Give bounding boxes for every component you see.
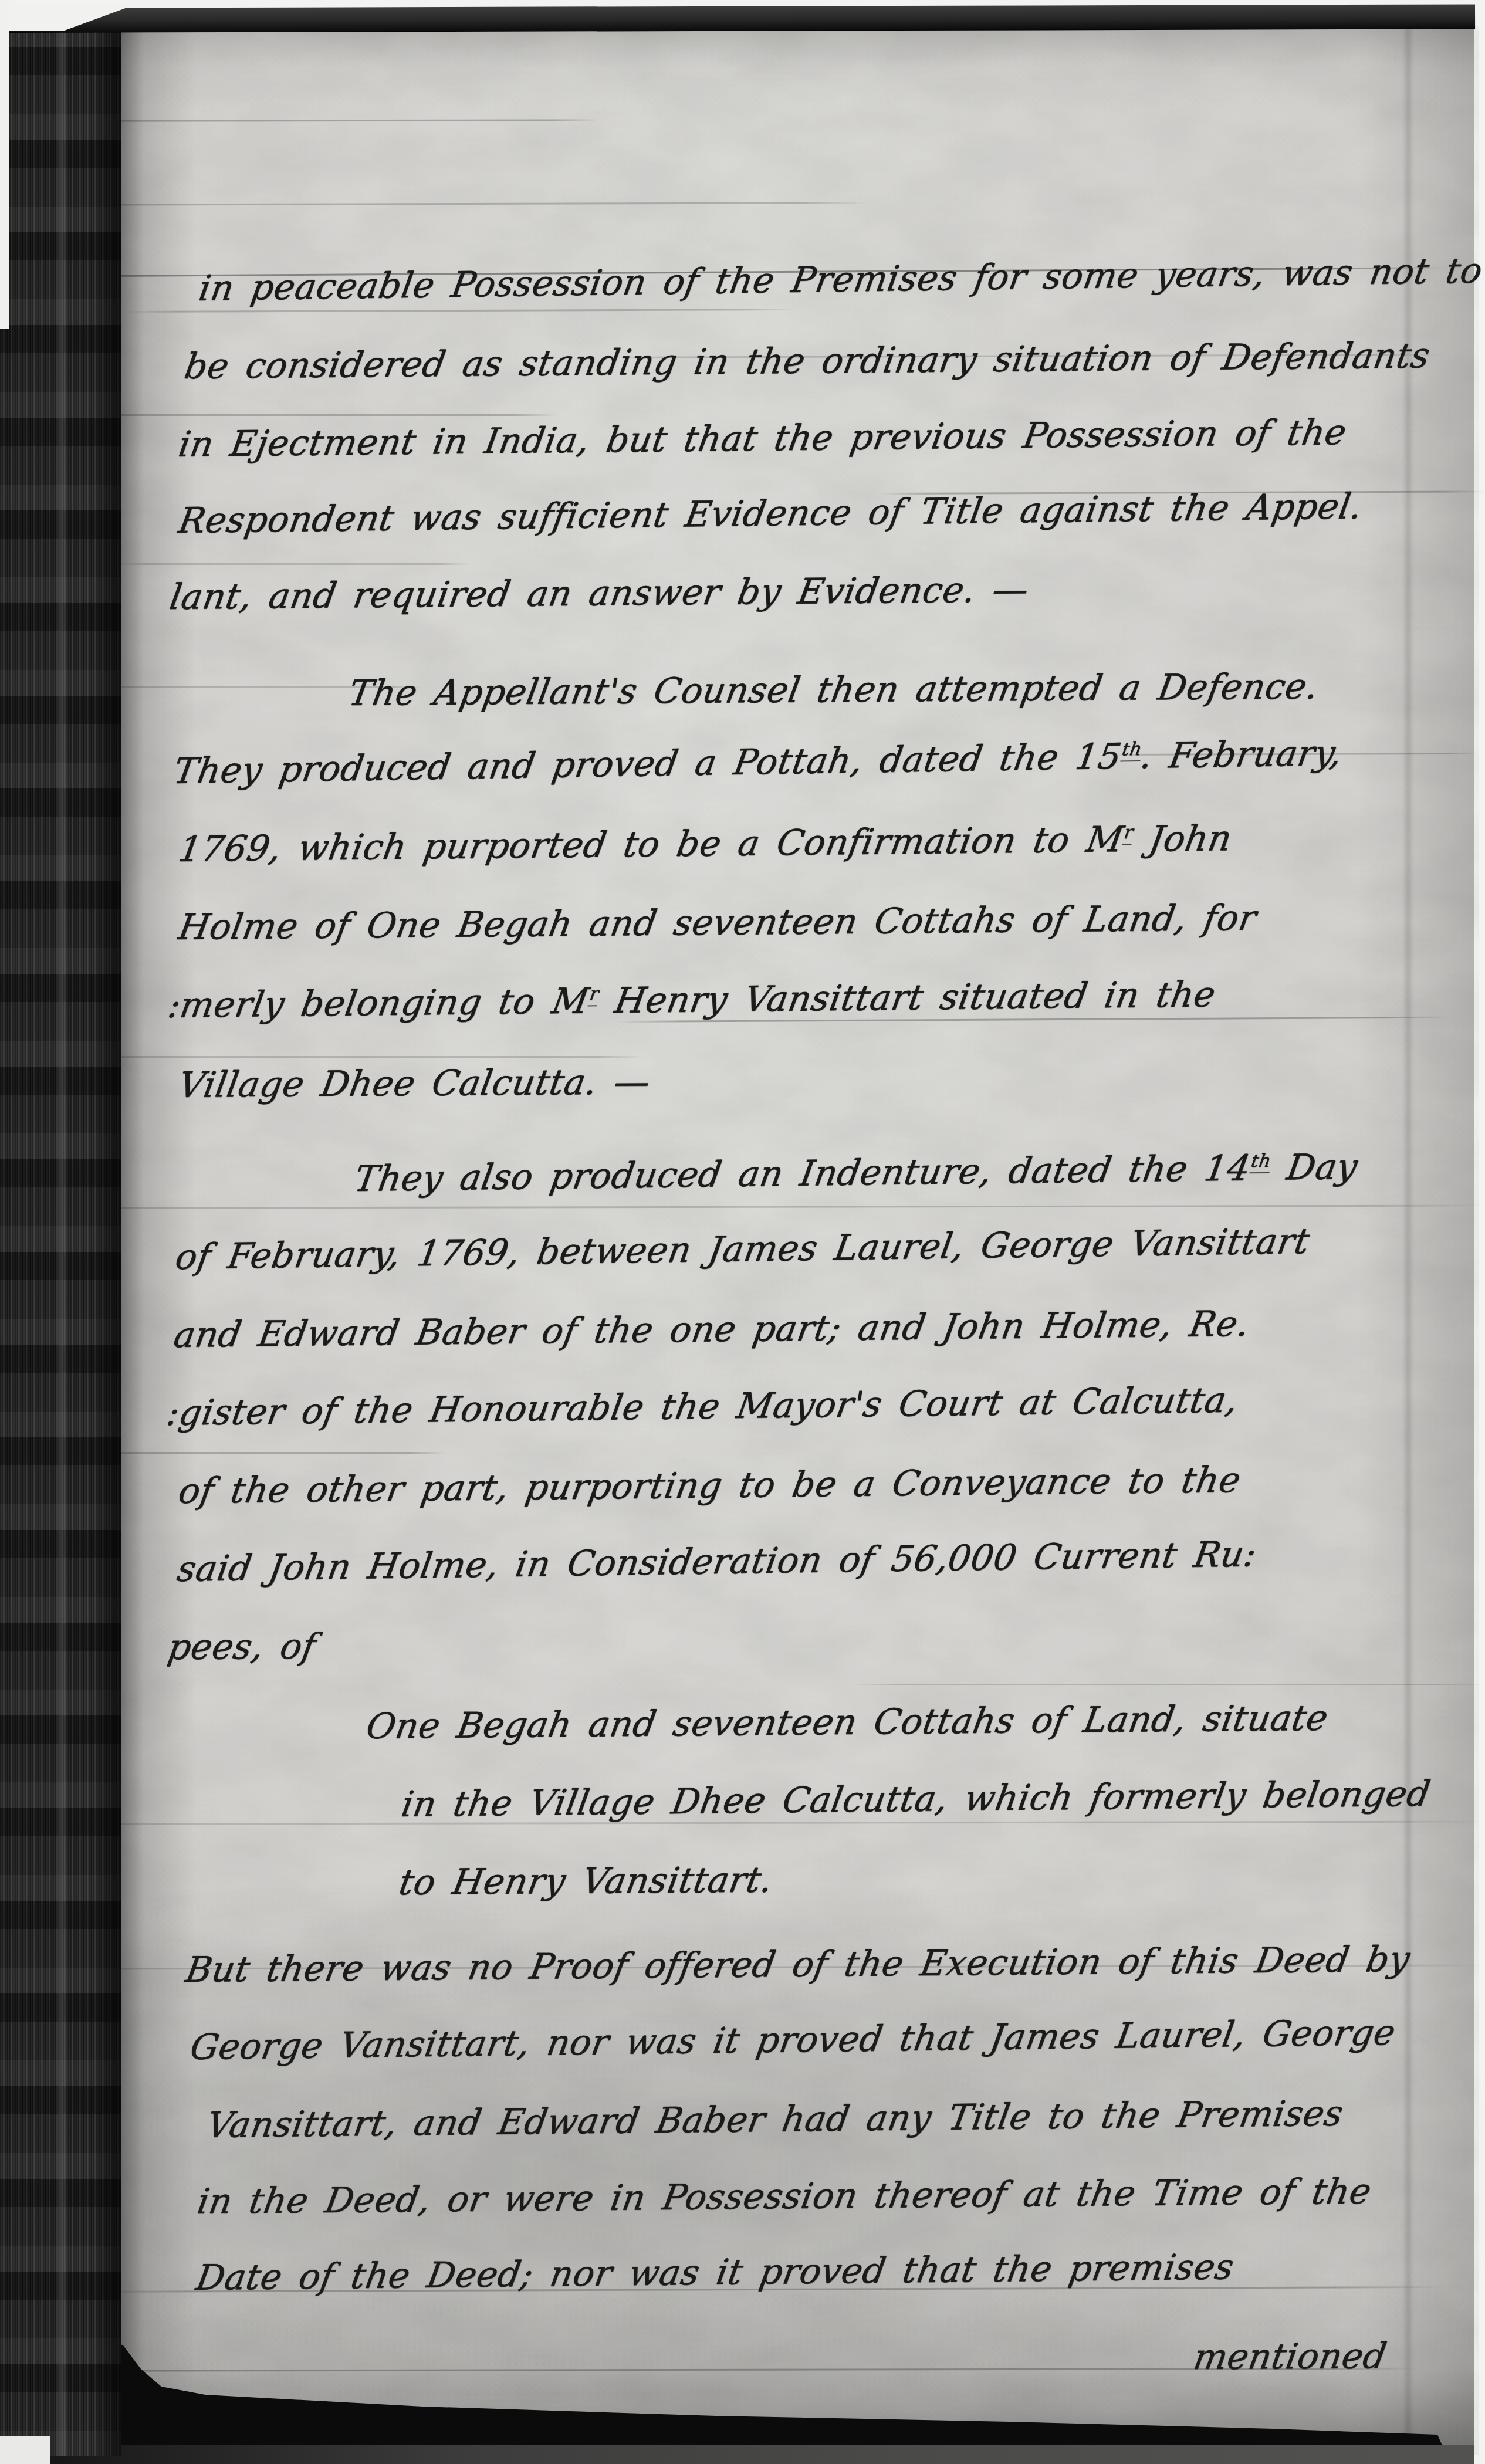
manuscript-line: 1769, which purported to be a Confirmati…	[176, 821, 1234, 867]
manuscript-line: be considered as standing in the ordinar…	[182, 338, 1433, 384]
superscript: r	[1122, 821, 1135, 844]
book-binding	[0, 21, 121, 2456]
manuscript-line: in the Village Dhee Calcutta, which form…	[399, 1776, 1433, 1822]
manuscript-line: The Appellant's Counsel then attempted a…	[346, 669, 1321, 711]
manuscript-line: :merly belonging to Mr Henry Vansittart …	[165, 977, 1218, 1023]
manuscript-line: pees, of	[165, 1629, 319, 1665]
scanned-manuscript-page: in peaceable Possession of the Premises …	[0, 0, 1485, 2464]
ruled-scratch-line	[35, 1056, 645, 1058]
bottom-left-white-corner	[0, 2436, 50, 2464]
manuscript-line: to Henry Vansittart.	[397, 1862, 776, 1900]
superscript: th	[1249, 1150, 1273, 1173]
ruled-scratch-line	[851, 1684, 1484, 1685]
manuscript-line: Holme of One Begah and seventeen Cottahs…	[176, 901, 1259, 945]
manuscript-line: lant, and required an answer by Evidence…	[167, 572, 1031, 615]
bottom-edge-strip	[35, 2445, 1474, 2464]
left-scanner-margin	[0, 0, 9, 329]
manuscript-line: and Edward Baber of the one part; and Jo…	[171, 1307, 1252, 1353]
manuscript-line: Village Dhee Calcutta. —	[176, 1064, 653, 1103]
top-edge-band	[8, 4, 1475, 33]
superscript: th	[1120, 739, 1144, 762]
manuscript-line: But there was no Proof offered of the Ex…	[183, 1942, 1412, 1988]
ruled-scratch-line	[117, 563, 469, 565]
catchword-line: mentioned	[1191, 2338, 1389, 2375]
manuscript-line: in the Deed, or were in Possession there…	[195, 2174, 1374, 2219]
manuscript-line: Date of the Deed; nor was it proved that…	[194, 2249, 1236, 2296]
manuscript-line: One Begah and seventeen Cottahs of Land,…	[364, 1701, 1331, 1744]
superscript: r	[588, 983, 601, 1006]
manuscript-line: of the other part, purporting to be a Co…	[176, 1463, 1243, 1509]
